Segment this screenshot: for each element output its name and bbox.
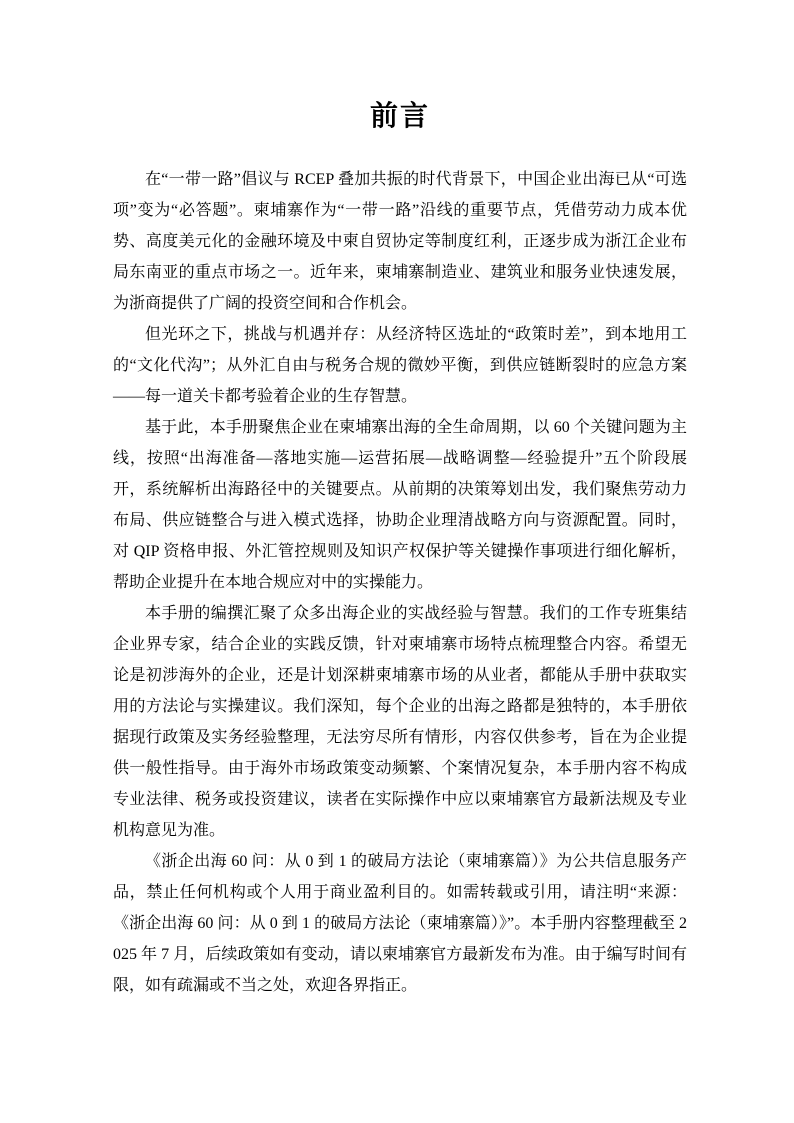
- paragraph-copyright-notice: 《浙企出海 60 问：从 0 到 1 的破局方法论（柬埔寨篇）》为公共信息服务产…: [113, 846, 687, 1001]
- paragraph-compilation-disclaimer: 本手册的编撰汇聚了众多出海企业的实战经验与智慧。我们的工作专班集结企业界专家，结…: [113, 598, 687, 846]
- document-page: 前言 在“一带一路”倡议与 RCEP 叠加共振的时代背景下，中国企业出海已从“可…: [0, 0, 794, 1123]
- document-body: 在“一带一路”倡议与 RCEP 叠加共振的时代背景下，中国企业出海已从“可选项”…: [113, 164, 687, 1001]
- page-title: 前言: [113, 96, 687, 136]
- paragraph-handbook-structure: 基于此，本手册聚焦企业在柬埔寨出海的全生命周期，以 60 个关键问题为主线，按照…: [113, 412, 687, 598]
- paragraph-challenges: 但光环之下，挑战与机遇并存：从经济特区选址的“政策时差”，到本地用工的“文化代沟…: [113, 319, 687, 412]
- paragraph-intro-belt-and-road: 在“一带一路”倡议与 RCEP 叠加共振的时代背景下，中国企业出海已从“可选项”…: [113, 164, 687, 319]
